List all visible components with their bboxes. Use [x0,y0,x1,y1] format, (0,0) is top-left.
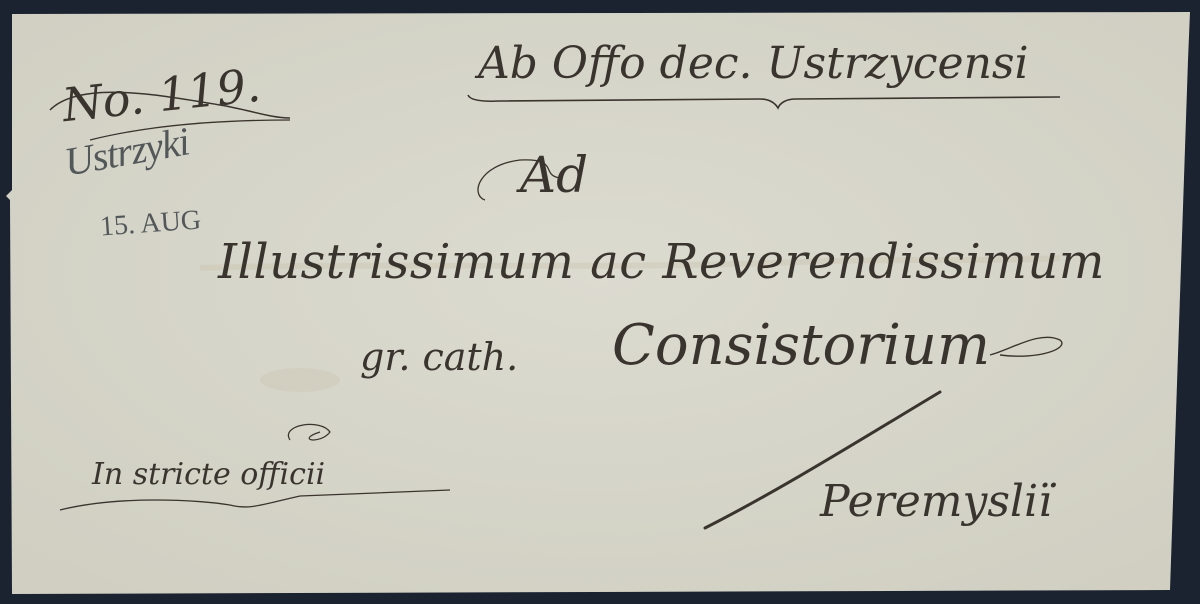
destination: Peremysliï [820,480,1052,524]
sender-line: Ab Offo dec. Ustrzycensi [478,42,1029,86]
letter-cover: No. 119. Ustrzyki 15. AUG Ab Offo dec. U… [0,0,1200,604]
salutation: Ad [520,150,588,200]
postmark-date: 15. AUG [99,207,202,242]
address-line-1: Illustrissimum ac Reverendissimum [218,238,1105,286]
address-line-2-prefix: gr. cath. [360,338,518,376]
address-line-2-main: Consistorium [612,318,990,374]
annotation: In stricte officii [92,460,325,490]
registry-number: No. 119. [60,62,263,129]
